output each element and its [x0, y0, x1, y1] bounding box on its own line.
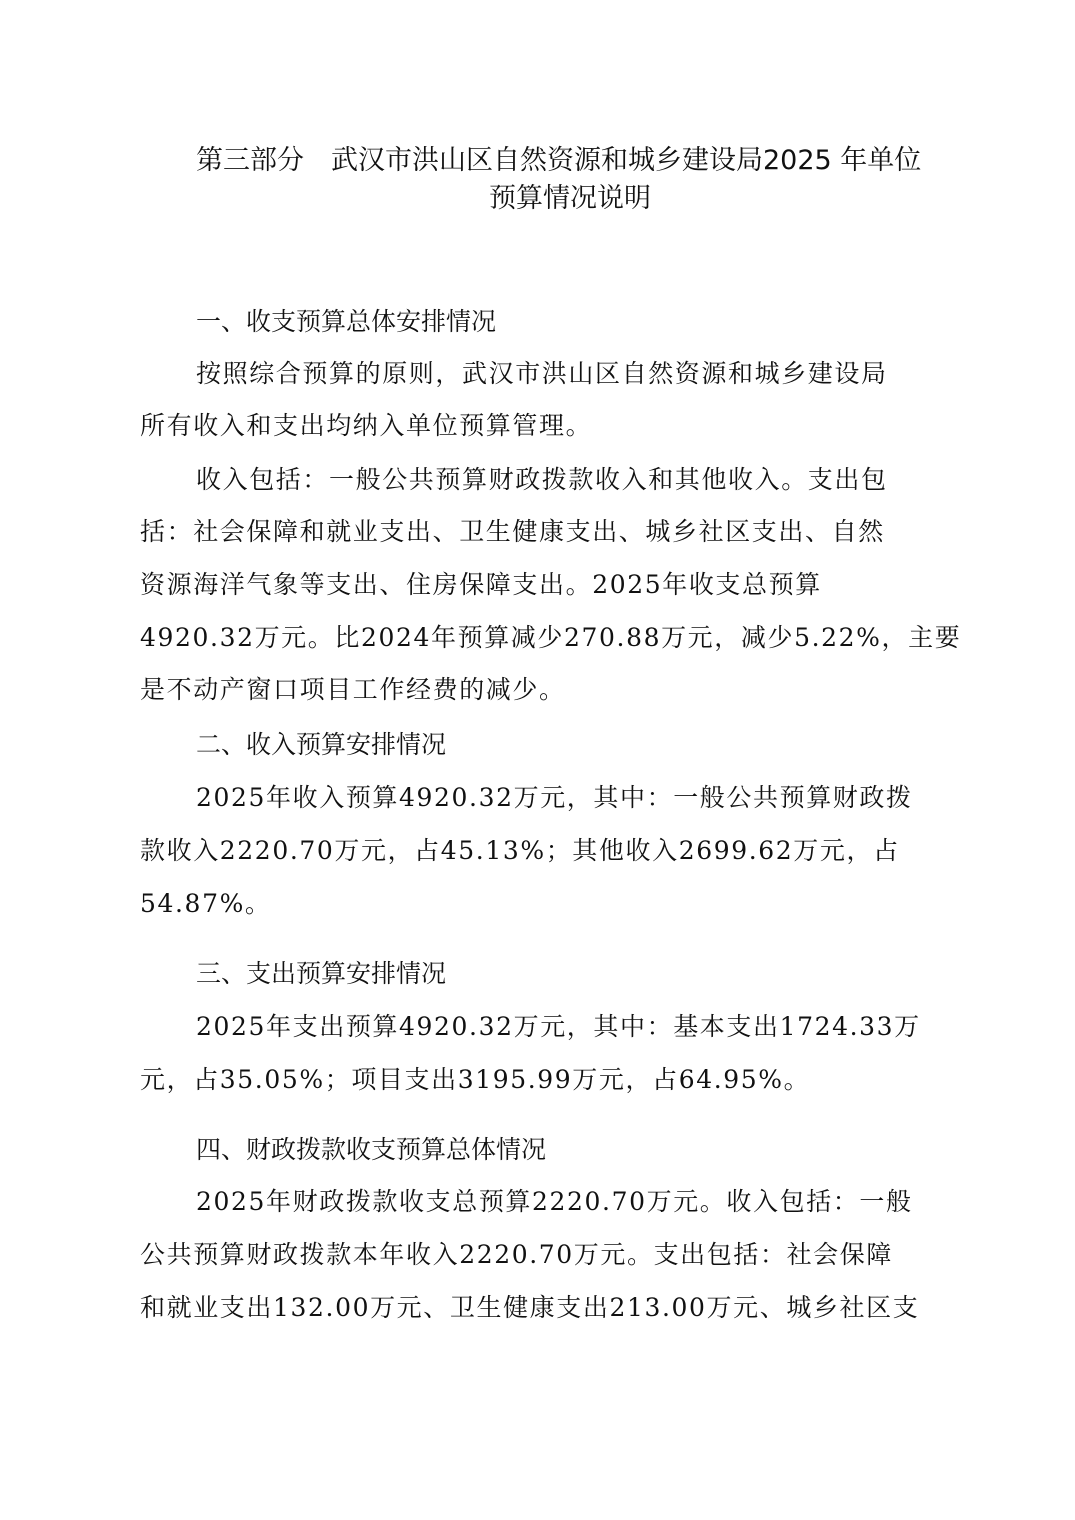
paragraph-line: 资源海洋气象等支出、住房保障支出。2025年收支总预算 [140, 568, 822, 602]
section-heading-4: 四、财政拨款收支预算总体情况 [196, 1133, 546, 1167]
paragraph-line: 括：社会保障和就业支出、卫生健康支出、城乡社区支出、自然 [140, 515, 885, 549]
section-heading-2: 二、收入预算安排情况 [196, 728, 446, 762]
paragraph-line: 款收入2220.70万元，占45.13%；其他收入2699.62万元，占 [140, 834, 900, 868]
paragraph-line: 54.87%。 [140, 887, 272, 921]
document-page: 第三部分 武汉市洪山区自然资源和城乡建设局2025 年单位 预算情况说明 一、收… [0, 0, 1075, 1520]
document-title-line-2: 预算情况说明 [489, 181, 651, 217]
section-heading-3: 三、支出预算安排情况 [196, 957, 446, 991]
section-heading-1: 一、收支预算总体安排情况 [196, 305, 496, 339]
paragraph-line: 2025年收入预算4920.32万元，其中：一般公共预算财政拨 [196, 781, 913, 815]
paragraph-line: 4920.32万元。比2024年预算减少270.88万元，减少5.22%，主要 [140, 621, 961, 655]
paragraph-line: 公共预算财政拨款本年收入2220.70万元。支出包括：社会保障 [140, 1238, 893, 1272]
paragraph-line: 元，占35.05%；项目支出3195.99万元，占64.95%。 [140, 1063, 810, 1097]
paragraph-line: 2025年财政拨款收支总预算2220.70万元。收入包括：一般 [196, 1185, 913, 1219]
paragraph-line: 是不动产窗口项目工作经费的减少。 [140, 673, 566, 707]
paragraph-line: 和就业支出132.00万元、卫生健康支出213.00万元、城乡社区支 [140, 1291, 919, 1325]
paragraph-line: 收入包括：一般公共预算财政拨款收入和其他收入。支出包 [196, 463, 888, 497]
paragraph-line: 2025年支出预算4920.32万元，其中：基本支出1724.33万 [196, 1010, 921, 1044]
paragraph-line: 所有收入和支出均纳入单位预算管理。 [140, 409, 592, 443]
paragraph-line: 按照综合预算的原则，武汉市洪山区自然资源和城乡建设局 [196, 357, 888, 391]
document-title-line-1: 第三部分 武汉市洪山区自然资源和城乡建设局2025 年单位 [196, 143, 921, 179]
